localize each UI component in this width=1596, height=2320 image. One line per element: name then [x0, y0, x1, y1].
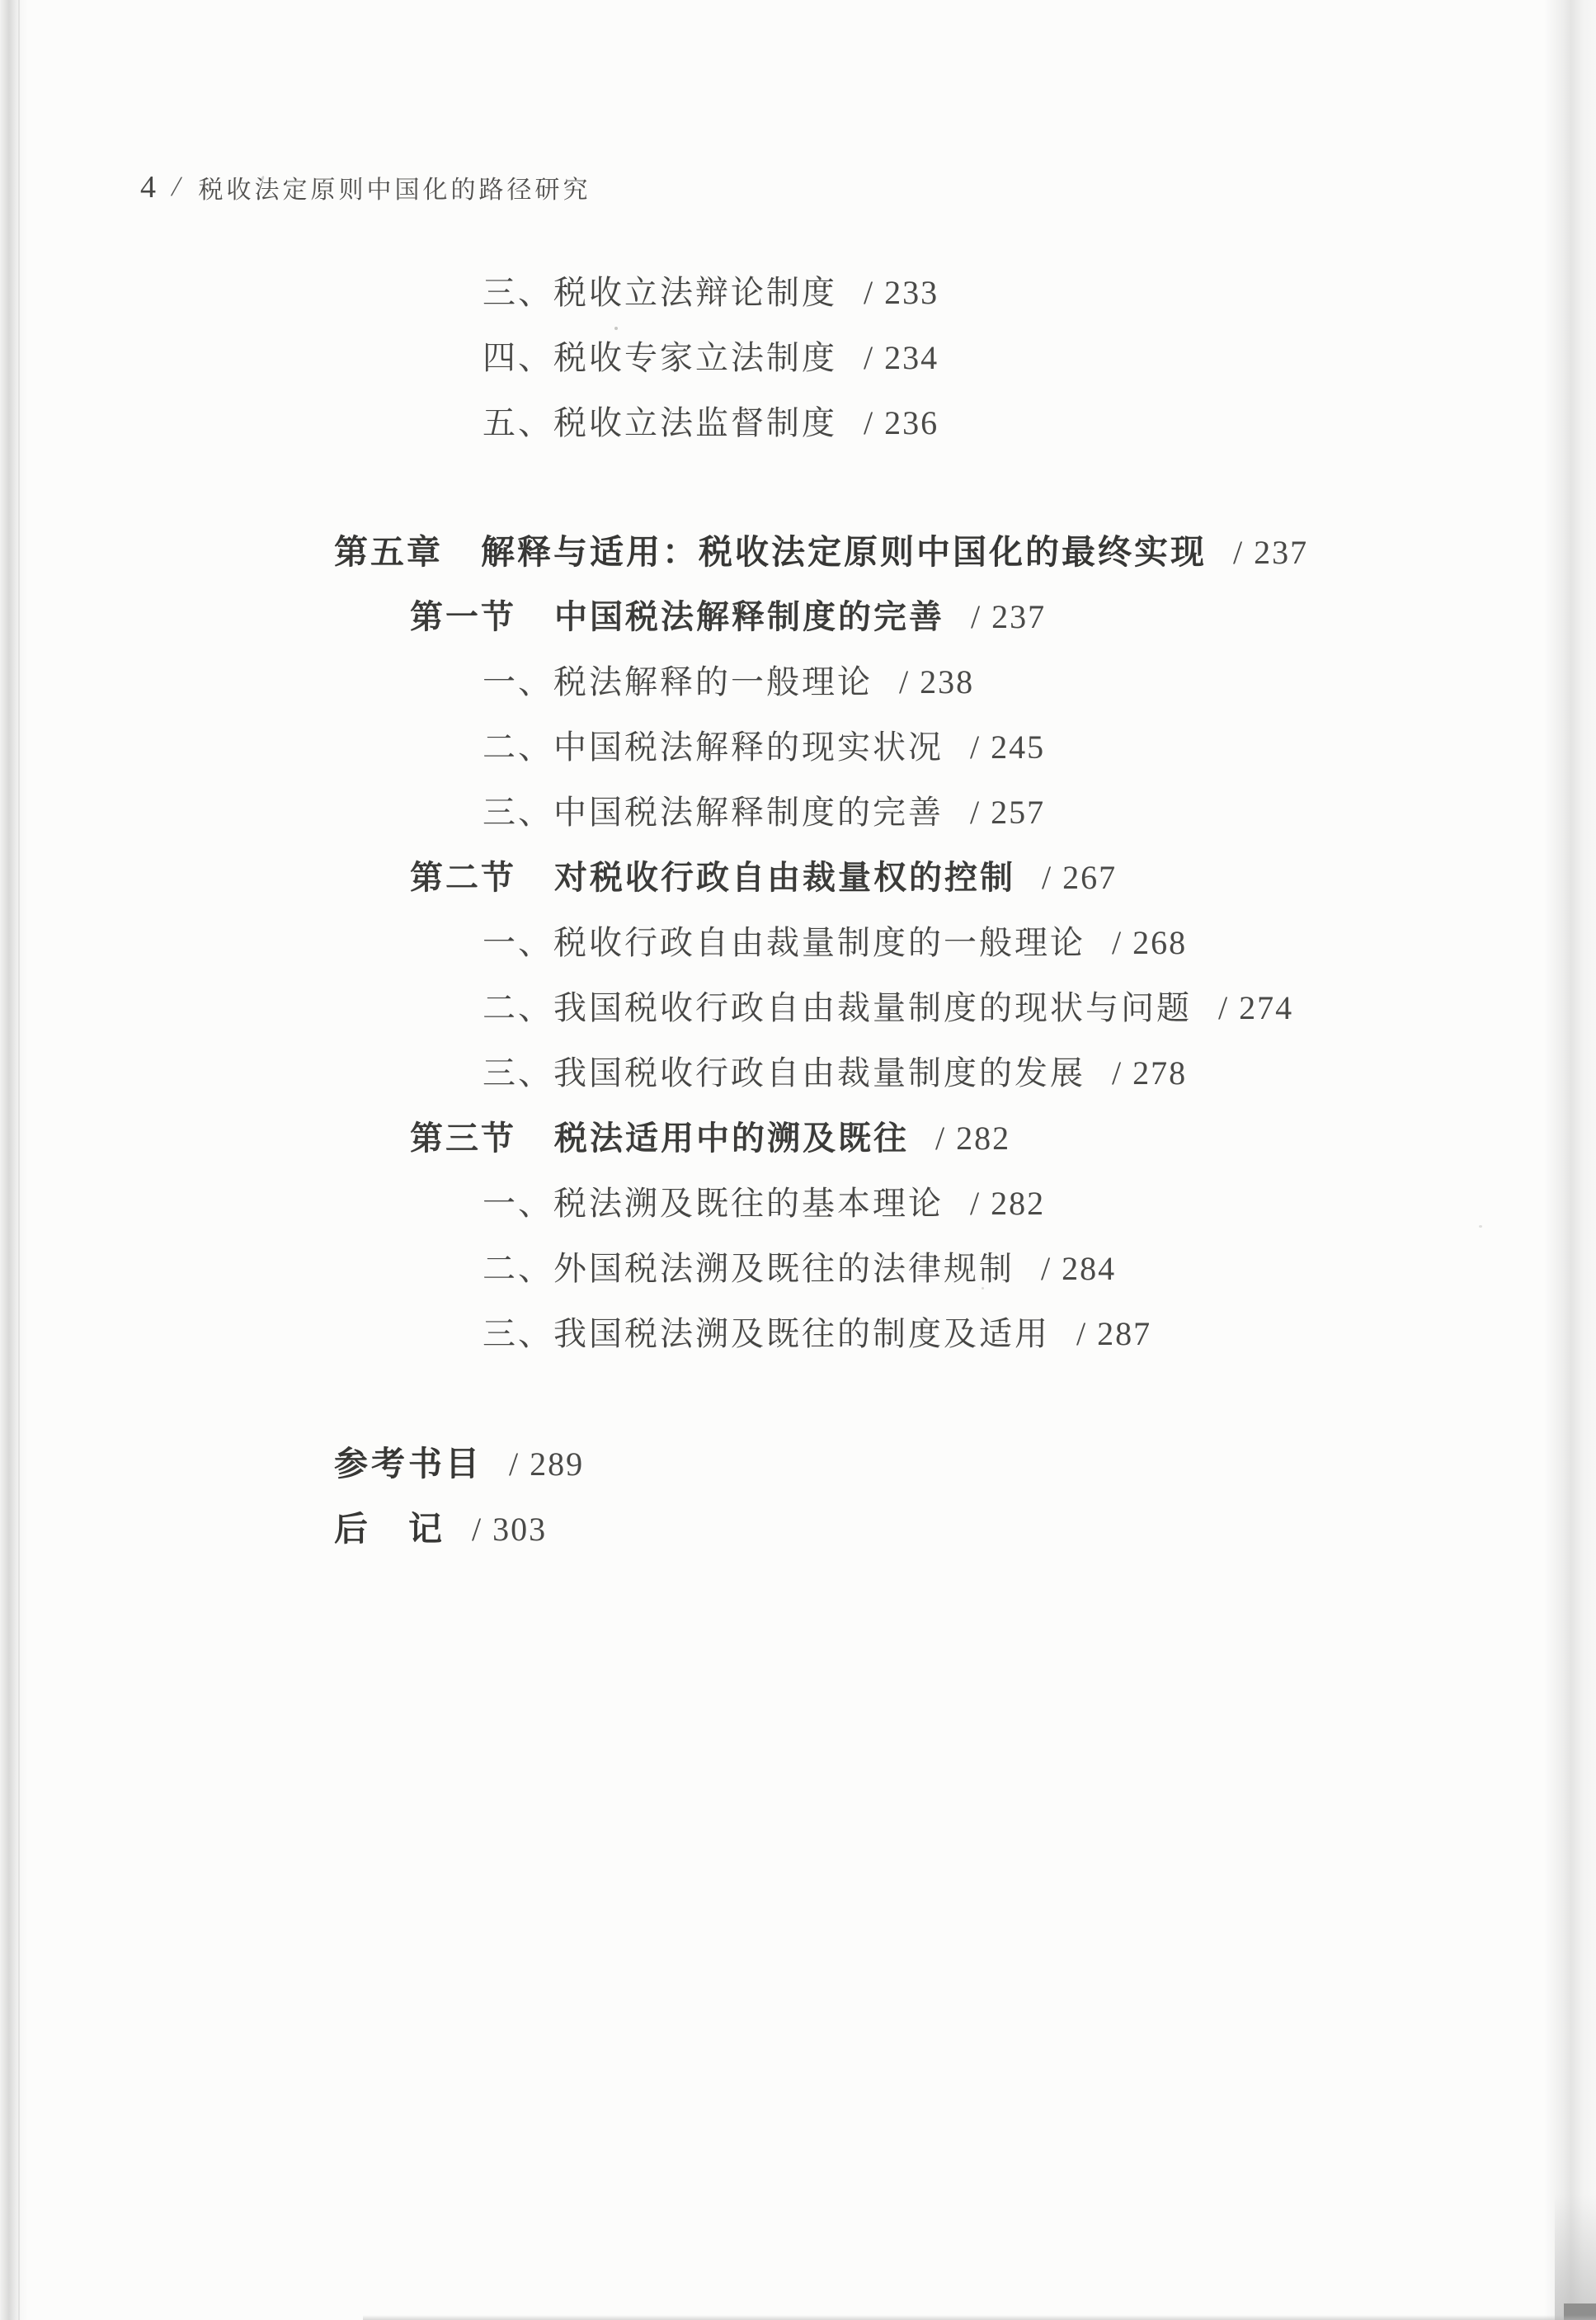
scan-right-gutter-band: [1544, 0, 1596, 2320]
toc-line-item: 三、税收立法辩论制度/ 233: [483, 272, 1472, 314]
toc-entry-page-number: / 267: [1042, 859, 1117, 896]
scan-left-edge-line: [18, 0, 20, 2320]
scan-left-edge-shading: [0, 0, 28, 2320]
toc-entry-page-number: / 236: [864, 404, 939, 441]
toc-entry-title: 解释与适用：税收法定原则中国化的最终实现: [481, 533, 1207, 571]
toc-entry-title: 一、税法解释的一般理论: [483, 663, 873, 700]
toc-entry-title: 参考书目: [334, 1445, 483, 1483]
toc-line-item: 三、中国税法解释制度的完善/ 257: [483, 792, 1472, 833]
toc-entry-page-number: / 282: [935, 1120, 1010, 1157]
table-of-contents: 三、税收立法辩论制度/ 233四、税收专家立法制度/ 234五、税收立法监督制度…: [334, 272, 1472, 1573]
toc-entry-title: 三、我国税法溯及既往的制度及适用: [483, 1315, 1050, 1352]
toc-entry-title: 三、中国税法解释制度的完善: [483, 794, 944, 831]
toc-entry-label: 第五章: [334, 533, 443, 571]
toc-entry-title: 三、我国税收行政自由裁量制度的发展: [483, 1054, 1085, 1092]
toc-entry-page-number: / 234: [864, 339, 939, 376]
toc-line-item: 一、税收行政自由裁量制度的一般理论/ 268: [483, 922, 1472, 964]
toc-entry-page-number: / 233: [864, 274, 939, 311]
toc-line-item: 三、我国税收行政自由裁量制度的发展/ 278: [483, 1053, 1472, 1094]
toc-line-item: 一、税法解释的一般理论/ 238: [483, 662, 1472, 703]
toc-entry-page-number: / 268: [1112, 924, 1187, 961]
toc-line-section: 第一节中国税法解释制度的完善/ 237: [410, 597, 1472, 638]
toc-line-section: 第三节税法适用中的溯及既往/ 282: [410, 1118, 1472, 1159]
toc-entry-page-number: / 237: [1233, 534, 1308, 571]
toc-line-item: 二、中国税法解释的现实状况/ 245: [483, 727, 1472, 768]
toc-entry-title: 税法适用中的溯及既往: [554, 1120, 909, 1157]
toc-line-item: 一、税法溯及既往的基本理论/ 282: [483, 1183, 1472, 1224]
toc-entry-title: 后 记: [334, 1510, 445, 1548]
toc-entry-page-number: / 278: [1112, 1054, 1187, 1092]
toc-entry-label: 第二节: [410, 860, 516, 896]
toc-entry-page-number: / 282: [970, 1185, 1045, 1222]
toc-entry-title: 五、税收立法监督制度: [483, 404, 837, 441]
toc-entry-title: 对税收行政自由裁量权的控制: [554, 860, 1015, 896]
toc-entry-page-number: / 257: [970, 794, 1045, 831]
toc-entry-page-number: / 245: [970, 729, 1045, 766]
scanned-book-page: 4 / 税收法定原则中国化的路径研究 三、税收立法辩论制度/ 233四、税收专家…: [0, 0, 1596, 2320]
toc-entry-label: 第三节: [410, 1120, 516, 1157]
toc-entry-title: 二、外国税法溯及既往的法律规制: [483, 1250, 1015, 1287]
toc-line-backmatter: 参考书目/ 289: [334, 1443, 1472, 1484]
toc-entry-title: 中国税法解释制度的完善: [554, 599, 944, 635]
toc-entry-page-number: / 274: [1218, 989, 1293, 1026]
toc-line-item: 五、税收立法监督制度/ 236: [483, 403, 1472, 444]
toc-line-chapter: 第五章解释与适用：税收法定原则中国化的最终实现/ 237: [334, 531, 1472, 573]
toc-entry-title: 四、税收专家立法制度: [483, 339, 837, 376]
toc-entry-title: 三、税收立法辩论制度: [483, 274, 837, 311]
toc-entry-title: 一、税法溯及既往的基本理论: [483, 1185, 944, 1222]
toc-line-item: 三、我国税法溯及既往的制度及适用/ 287: [483, 1313, 1472, 1355]
running-head-book-title: 税收法定原则中国化的路径研究: [198, 169, 591, 205]
toc-line-backmatter: 后 记/ 303: [334, 1508, 1472, 1549]
toc-entry-title: 二、中国税法解释的现实状况: [483, 729, 944, 766]
toc-line-item: 四、税收专家立法制度/ 234: [483, 337, 1472, 379]
running-head-separator: /: [169, 172, 184, 203]
toc-line-item: 二、我国税收行政自由裁量制度的现状与问题/ 274: [483, 988, 1472, 1029]
folio-page-number: 4: [140, 169, 156, 205]
scan-bottom-edge-shading: [363, 2315, 1596, 2320]
toc-entry-page-number: / 237: [971, 598, 1046, 635]
toc-line-item: 二、外国税法溯及既往的法律规制/ 284: [483, 1248, 1472, 1290]
toc-entry-page-number: / 289: [509, 1445, 584, 1483]
toc-line-section: 第二节对税收行政自由裁量权的控制/ 267: [410, 857, 1472, 898]
toc-entry-page-number: / 238: [899, 663, 974, 700]
scan-speck: [1479, 1225, 1482, 1228]
running-head: 4 / 税收法定原则中国化的路径研究: [140, 165, 591, 210]
toc-entry-page-number: / 287: [1076, 1315, 1151, 1352]
toc-entry-title: 一、税收行政自由裁量制度的一般理论: [483, 924, 1085, 961]
toc-entry-page-number: / 284: [1041, 1250, 1116, 1287]
toc-entry-title: 二、我国税收行政自由裁量制度的现状与问题: [483, 989, 1192, 1026]
toc-entry-label: 第一节: [410, 599, 516, 635]
scan-right-bottom-shadow: [1555, 2195, 1596, 2320]
toc-entry-page-number: / 303: [472, 1511, 547, 1548]
